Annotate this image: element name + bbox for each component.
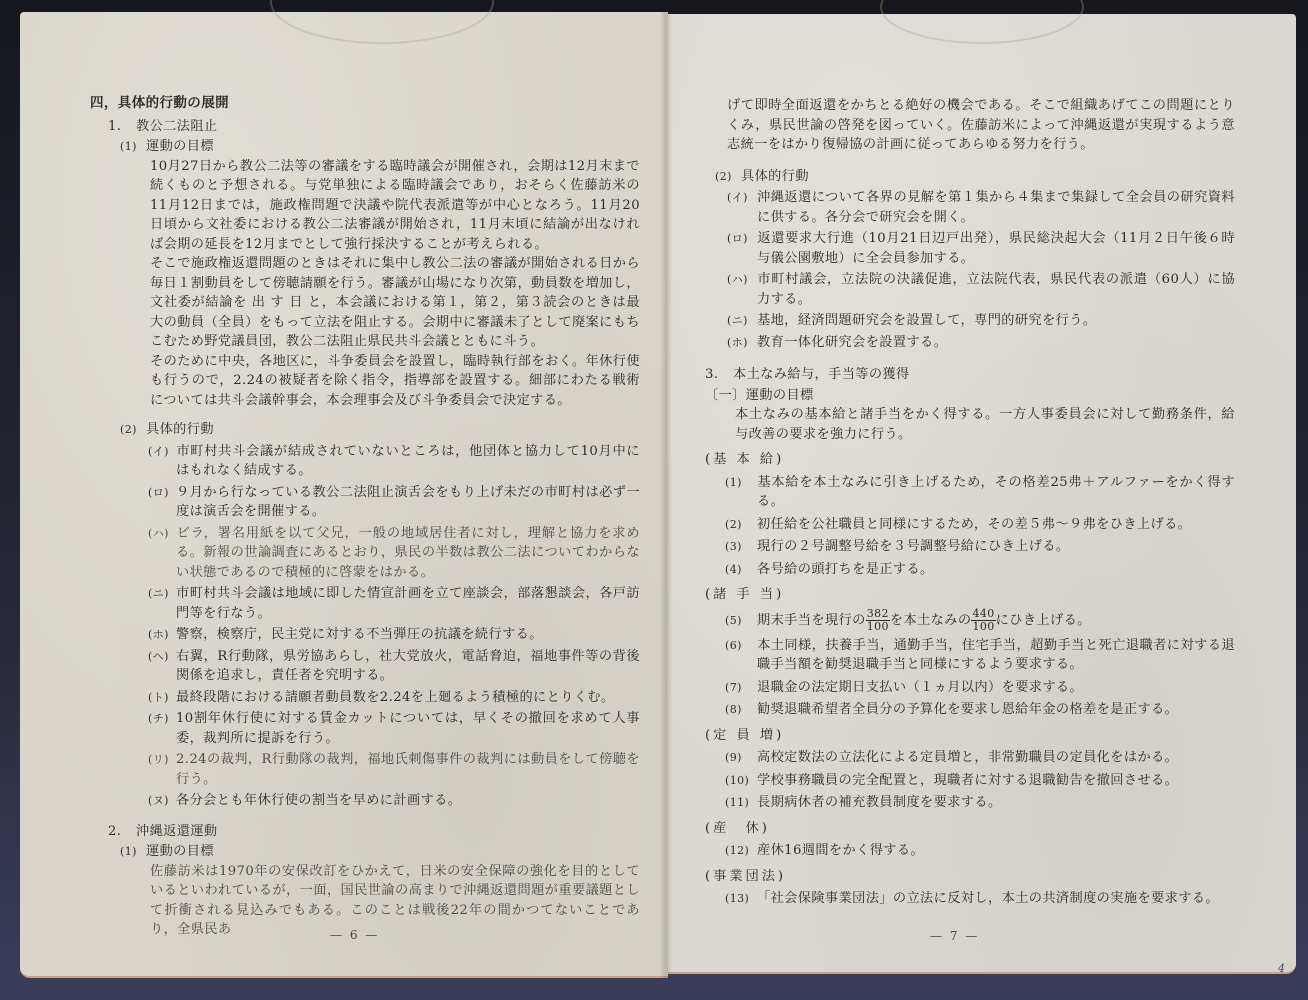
section-number: 2. xyxy=(108,822,136,842)
group-label: (基 本 給) xyxy=(705,450,1235,470)
list-item: (ハ)市町村議会，立法院の決議促進，立法院代表，県民代表の派遣（60人）に協力す… xyxy=(727,270,1235,309)
subsection-title: 具体的行動 xyxy=(741,169,809,184)
paragraph: 本土なみの基本給と諸手当をかく得する。一方人事委員会に対して勤務条件，給与改善の… xyxy=(735,405,1235,444)
section-heading: 2.沖縄返還運動 xyxy=(108,822,640,842)
subsection-heading: (1)運動の目標 xyxy=(120,842,640,862)
list-item: (11)長期病休者の補充教員制度を要求する。 xyxy=(725,793,1235,813)
handwritten-mark: 4 xyxy=(1278,962,1285,975)
list-item: (6)本土同様，扶養手当，通勤手当，住宅手当，超勤手当と死亡退職者に対する退職手… xyxy=(725,636,1235,675)
section-title: 教公二法阻止 xyxy=(136,119,218,134)
subsection-number: (2) xyxy=(120,420,146,440)
list-item: (2)初任給を公社職員と同様にするため，その差５弗～９弗をひき上げる。 xyxy=(725,515,1235,535)
list-item: (9)高校定数法の立法化による定員増と，非常勤職員の定員化をはかる。 xyxy=(725,748,1235,768)
left-page-content: 四，具体的行動の展開 1.教公二法阻止 (1)運動の目標 10月27日から教公二… xyxy=(90,94,640,940)
right-page-content: げて即時全面返還をかちとる絶好の機会である。そこで組織あげてこの問題にとりくみ，… xyxy=(705,96,1235,909)
section-number: 3. xyxy=(705,365,733,385)
section-heading: 1.教公二法阻止 xyxy=(108,117,640,137)
list-item: (ホ)教育一体化研究会を設置する。 xyxy=(727,333,1235,353)
fraction: 382100 xyxy=(866,608,890,633)
subsection-title: 運動の目標 xyxy=(146,844,214,859)
fraction: 440100 xyxy=(971,608,995,633)
subsection-title: 具体的行動 xyxy=(146,422,214,437)
subsection-title: 運動の目標 xyxy=(146,139,214,154)
book-gutter xyxy=(660,12,672,978)
group-label: (定 員 増) xyxy=(705,726,1235,746)
group-label: (産 休) xyxy=(705,819,1235,839)
paragraph: げて即時全面返還をかちとる絶好の機会である。そこで組織あげてこの問題にとりくみ，… xyxy=(727,96,1235,155)
section-number: 1. xyxy=(108,117,136,137)
list-item: (1)基本給を本土なみに引き上げるため，その格差25弗＋アルファーをかく得する。 xyxy=(725,473,1235,512)
group-label: (事業団法) xyxy=(705,867,1235,887)
list-item: (チ)10割年休行使に対する賃金カットについては，早くその撤回を求めて人事委，裁… xyxy=(148,709,640,748)
goal-heading: 〔一〕運動の目標 xyxy=(705,386,1235,406)
paragraph: そのために中央，各地区に，斗争委員会を設置し，臨時執行部をおく。年休行使も行うの… xyxy=(150,352,640,411)
list-item: (イ)市町村共斗会議が結成されていないところは，他団体と協力して10月中にはもれ… xyxy=(148,442,640,481)
subsection-heading: (1)運動の目標 xyxy=(120,137,640,157)
subsection-number: (2) xyxy=(715,167,741,187)
list-item: (ト)最終段階における請願者動員数を2.24を上廻るよう積極的にとりくむ。 xyxy=(148,688,640,708)
section-heading: 3.本土なみ給与，手当等の獲得 xyxy=(705,365,1235,385)
list-item: (8)勧奨退職希望者全員分の予算化を要求し恩給年金の格差を是正する。 xyxy=(725,700,1235,720)
paragraph: そこで施政権返還問題のときはそれに集中し教公二法の審議が開始される日から毎日１割… xyxy=(150,254,640,352)
list-item: (10)学校事務職員の完全配置と，現職者に対する退職勧告を撤回させる。 xyxy=(725,771,1235,791)
list-item: (ニ)基地，経済問題研究会を設置して，専門的研究を行う。 xyxy=(727,311,1235,331)
subsection-heading: (2)具体的行動 xyxy=(715,167,1235,187)
list-item: (イ)沖縄返還について各界の見解を第１集から４集まで集録して全会員の研究資料に供… xyxy=(727,188,1235,227)
section-title: 沖縄返還運動 xyxy=(136,824,218,839)
subsection-number: (1) xyxy=(120,842,146,862)
page-number: — 7 — xyxy=(930,929,979,943)
list-item: (ホ)警察，検察庁，民主党に対する不当弾圧の抗議を続行する。 xyxy=(148,625,640,645)
subsection-number: (1) xyxy=(120,137,146,157)
list-item: (ニ)市町村共斗会議は地域に即した情宣計画を立て座談会，部落懇談会，各戸訪門等を… xyxy=(148,584,640,623)
list-item: (5)期末手当を現行の382100を本土なみの440100にひき上げる。 xyxy=(725,608,1235,633)
list-item: (7)退職金の法定期日支払い（１ヵ月以内）を要求する。 xyxy=(725,678,1235,698)
page-number: — 6 — xyxy=(330,928,379,942)
list-item: (リ)2.24の裁判，R行動隊の裁判，福地氏刺傷事件の裁判には動員をして傍聴を行… xyxy=(148,750,640,789)
list-item: (3)現行の２号調整号給を３号調整号給にひき上げる。 xyxy=(725,537,1235,557)
subsection-heading: (2)具体的行動 xyxy=(120,420,640,440)
paragraph: 10月27日から教公二法等の審議をする臨時議会が開催され，会期は12月末まで続く… xyxy=(150,157,640,255)
group-label: (諸 手 当) xyxy=(705,585,1235,605)
list-item: (13)「社会保険事業団法」の立法に反対し，本土の共済制度の実施を要求する。 xyxy=(725,889,1235,909)
list-item: (ヌ)各分会とも年休行使の割当を早めに計画する。 xyxy=(148,791,640,811)
list-item: (ロ)返還要求大行進（10月21日辺戸出発），県民総決起大会（11月２日午後６時… xyxy=(727,229,1235,268)
list-item: (ロ)９月から行なっている教公二法阻止演舌会をもり上げ未だの市町村は必ず一度は演… xyxy=(148,483,640,522)
paragraph: 佐藤訪米は1970年の安保改訂をひかえて，日米の安全保障の強化を目的としていると… xyxy=(150,862,640,940)
list-item: (4)各号給の頭打ちを是正する。 xyxy=(725,560,1235,580)
section-title: 本土なみ給与，手当等の獲得 xyxy=(733,367,910,382)
list-item: (ヘ)右翼，R行動隊，県労協あらし，社大党放火，電話脅迫，福地事件等の背後関係を… xyxy=(148,647,640,686)
list-item: (12)産休16週間をかく得する。 xyxy=(725,841,1235,861)
chapter-heading: 四，具体的行動の展開 xyxy=(90,94,640,114)
list-item: (ハ)ビラ，署名用紙を以て父兄，一般の地域居住者に対し，理解と協力を求める。新報… xyxy=(148,524,640,583)
